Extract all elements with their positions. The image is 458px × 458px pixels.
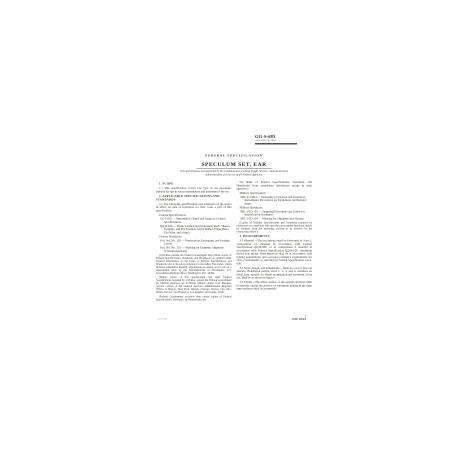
spec-number-block: GG-S-683 AUGUST 26, 1966: [255, 134, 298, 144]
document-title: SPECULUM SET, EAR: [196, 162, 271, 170]
availability-note: (Federal Government activities may obtai…: [156, 295, 232, 301]
spec-list-item: MIL-STD-129 — Marking for Shipment and S…: [237, 218, 313, 221]
availability-note: (Single copies of this specification and…: [156, 276, 232, 294]
spec-list-item: GG-I-630 — Instruments, Dental and Surgi…: [156, 218, 232, 225]
spec-list-item: Fed. Std. No. 123 — Marking for Domestic…: [156, 247, 232, 254]
print-code: GG-S-683: [157, 318, 167, 321]
copies-note: (Copies of Military Specifications and S…: [237, 222, 313, 234]
paragraph: 2.1 The following specifications and sta…: [156, 203, 232, 213]
continuation-text: the Index of Federal Specifications, Sta…: [237, 181, 313, 191]
title-wrap: SPECULUM SET, EAR: [155, 160, 313, 170]
approval-statement: This specification was approved by the C…: [172, 170, 296, 177]
spec-list-item: MIL-STD-105 — Sampling Procedures and Ta…: [237, 210, 313, 217]
section-heading-requirements: 3. REQUIREMENTS: [237, 235, 313, 238]
military-stds-label: Military Standards:: [237, 207, 313, 210]
availability-note: (Activities outside the Federal Governme…: [156, 254, 232, 275]
paragraph-material: 3.1 Material.—The ear specula shall be f…: [237, 240, 313, 266]
spec-list-item: MIL-P-12841 — Packaging of Surgical and …: [237, 196, 313, 206]
document-kind-heading: FEDERAL SPECIFICATION: [155, 154, 313, 158]
fsc-code: FSC 6515: [292, 318, 306, 321]
left-column: 1. SCOPE 1.1 This specification covers o…: [156, 181, 232, 311]
paragraph: 1.1 This specification covers one type o…: [156, 187, 232, 194]
spec-number: GG-S-683: [255, 134, 298, 139]
spec-list-item: Fed. Std. No. 102 — Preservation, Packag…: [156, 239, 232, 246]
section-heading-applicable: 2. APPLICABLE SPECIFICATIONS AND STANDAR…: [156, 195, 232, 202]
two-column-body: 1. SCOPE 1.1 This specification covers o…: [156, 181, 312, 311]
footer-right: 1 FSC 6515: [292, 315, 306, 322]
spec-date: AUGUST 26, 1966: [255, 140, 298, 143]
military-spec-label: Military Specification:: [237, 192, 313, 195]
spec-list-item: QQ-B-626 — Brass, Leaded and Nonleaded; …: [156, 225, 232, 235]
right-column: the Index of Federal Specifications, Sta…: [237, 181, 313, 311]
scanned-document-canvas: GG-S-683 AUGUST 26, 1966 FEDERAL SPECIFI…: [0, 0, 458, 458]
paragraph-finish: 3.3 Finish.—The entire surface of the sp…: [237, 281, 313, 291]
document-page-content: GG-S-683 AUGUST 26, 1966 FEDERAL SPECIFI…: [155, 132, 313, 324]
federal-specs-label: Federal Specifications:: [156, 214, 232, 217]
paragraph-style: 3.2 Style, design, and dimensions.—Shall…: [237, 267, 313, 280]
header-rule: [255, 143, 297, 144]
section-heading-scope: 1. SCOPE: [156, 183, 232, 186]
federal-stds-label: Federal Standards:: [156, 236, 232, 239]
document-page: GG-S-683 AUGUST 26, 1966 FEDERAL SPECIFI…: [155, 132, 313, 324]
